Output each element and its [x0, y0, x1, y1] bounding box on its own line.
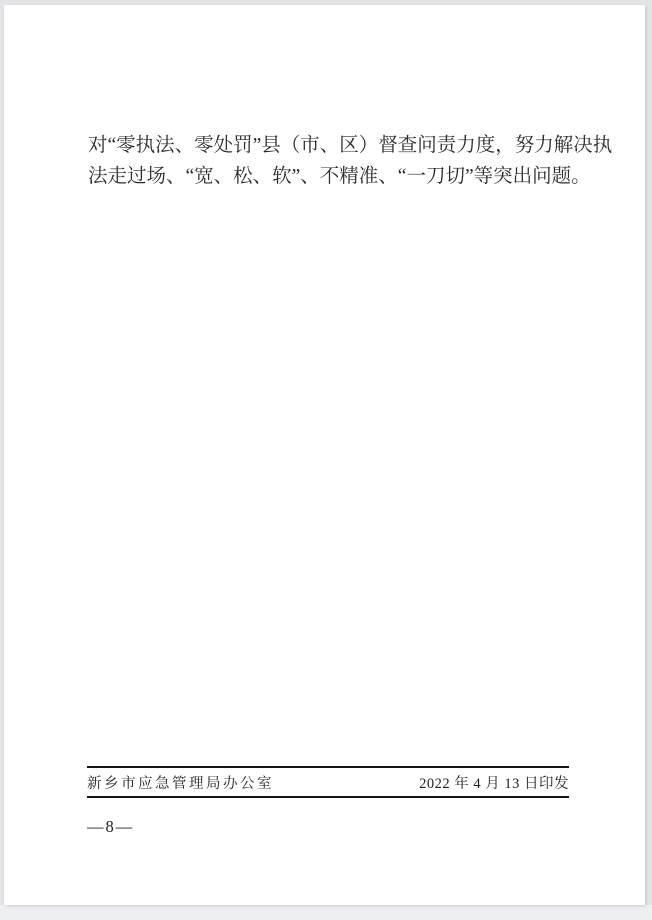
- viewer-background-strip: [0, 905, 652, 920]
- footer-rule-block: 新乡市应急管理局办公室 2022 年 4 月 13 日印发: [87, 766, 569, 798]
- footer-print-date: 2022 年 4 月 13 日印发: [419, 772, 569, 793]
- footer-issuer: 新乡市应急管理局办公室: [87, 772, 274, 793]
- body-line-1: 对“零执法、零处罚”县（市、区）督查问责力度，努力解决执: [88, 130, 569, 161]
- body-paragraph: 对“零执法、零处罚”县（市、区）督查问责力度，努力解决执 法走过场、“宽、松、软…: [88, 130, 569, 192]
- footer-row: 新乡市应急管理局办公室 2022 年 4 月 13 日印发: [87, 768, 569, 796]
- body-line-2: 法走过场、“宽、松、软”、不精准、“一刀切”等突出问题。: [88, 161, 569, 192]
- document-page: 对“零执法、零处罚”县（市、区）督查问责力度，努力解决执 法走过场、“宽、松、软…: [4, 5, 645, 905]
- page-number: —8—: [87, 817, 134, 837]
